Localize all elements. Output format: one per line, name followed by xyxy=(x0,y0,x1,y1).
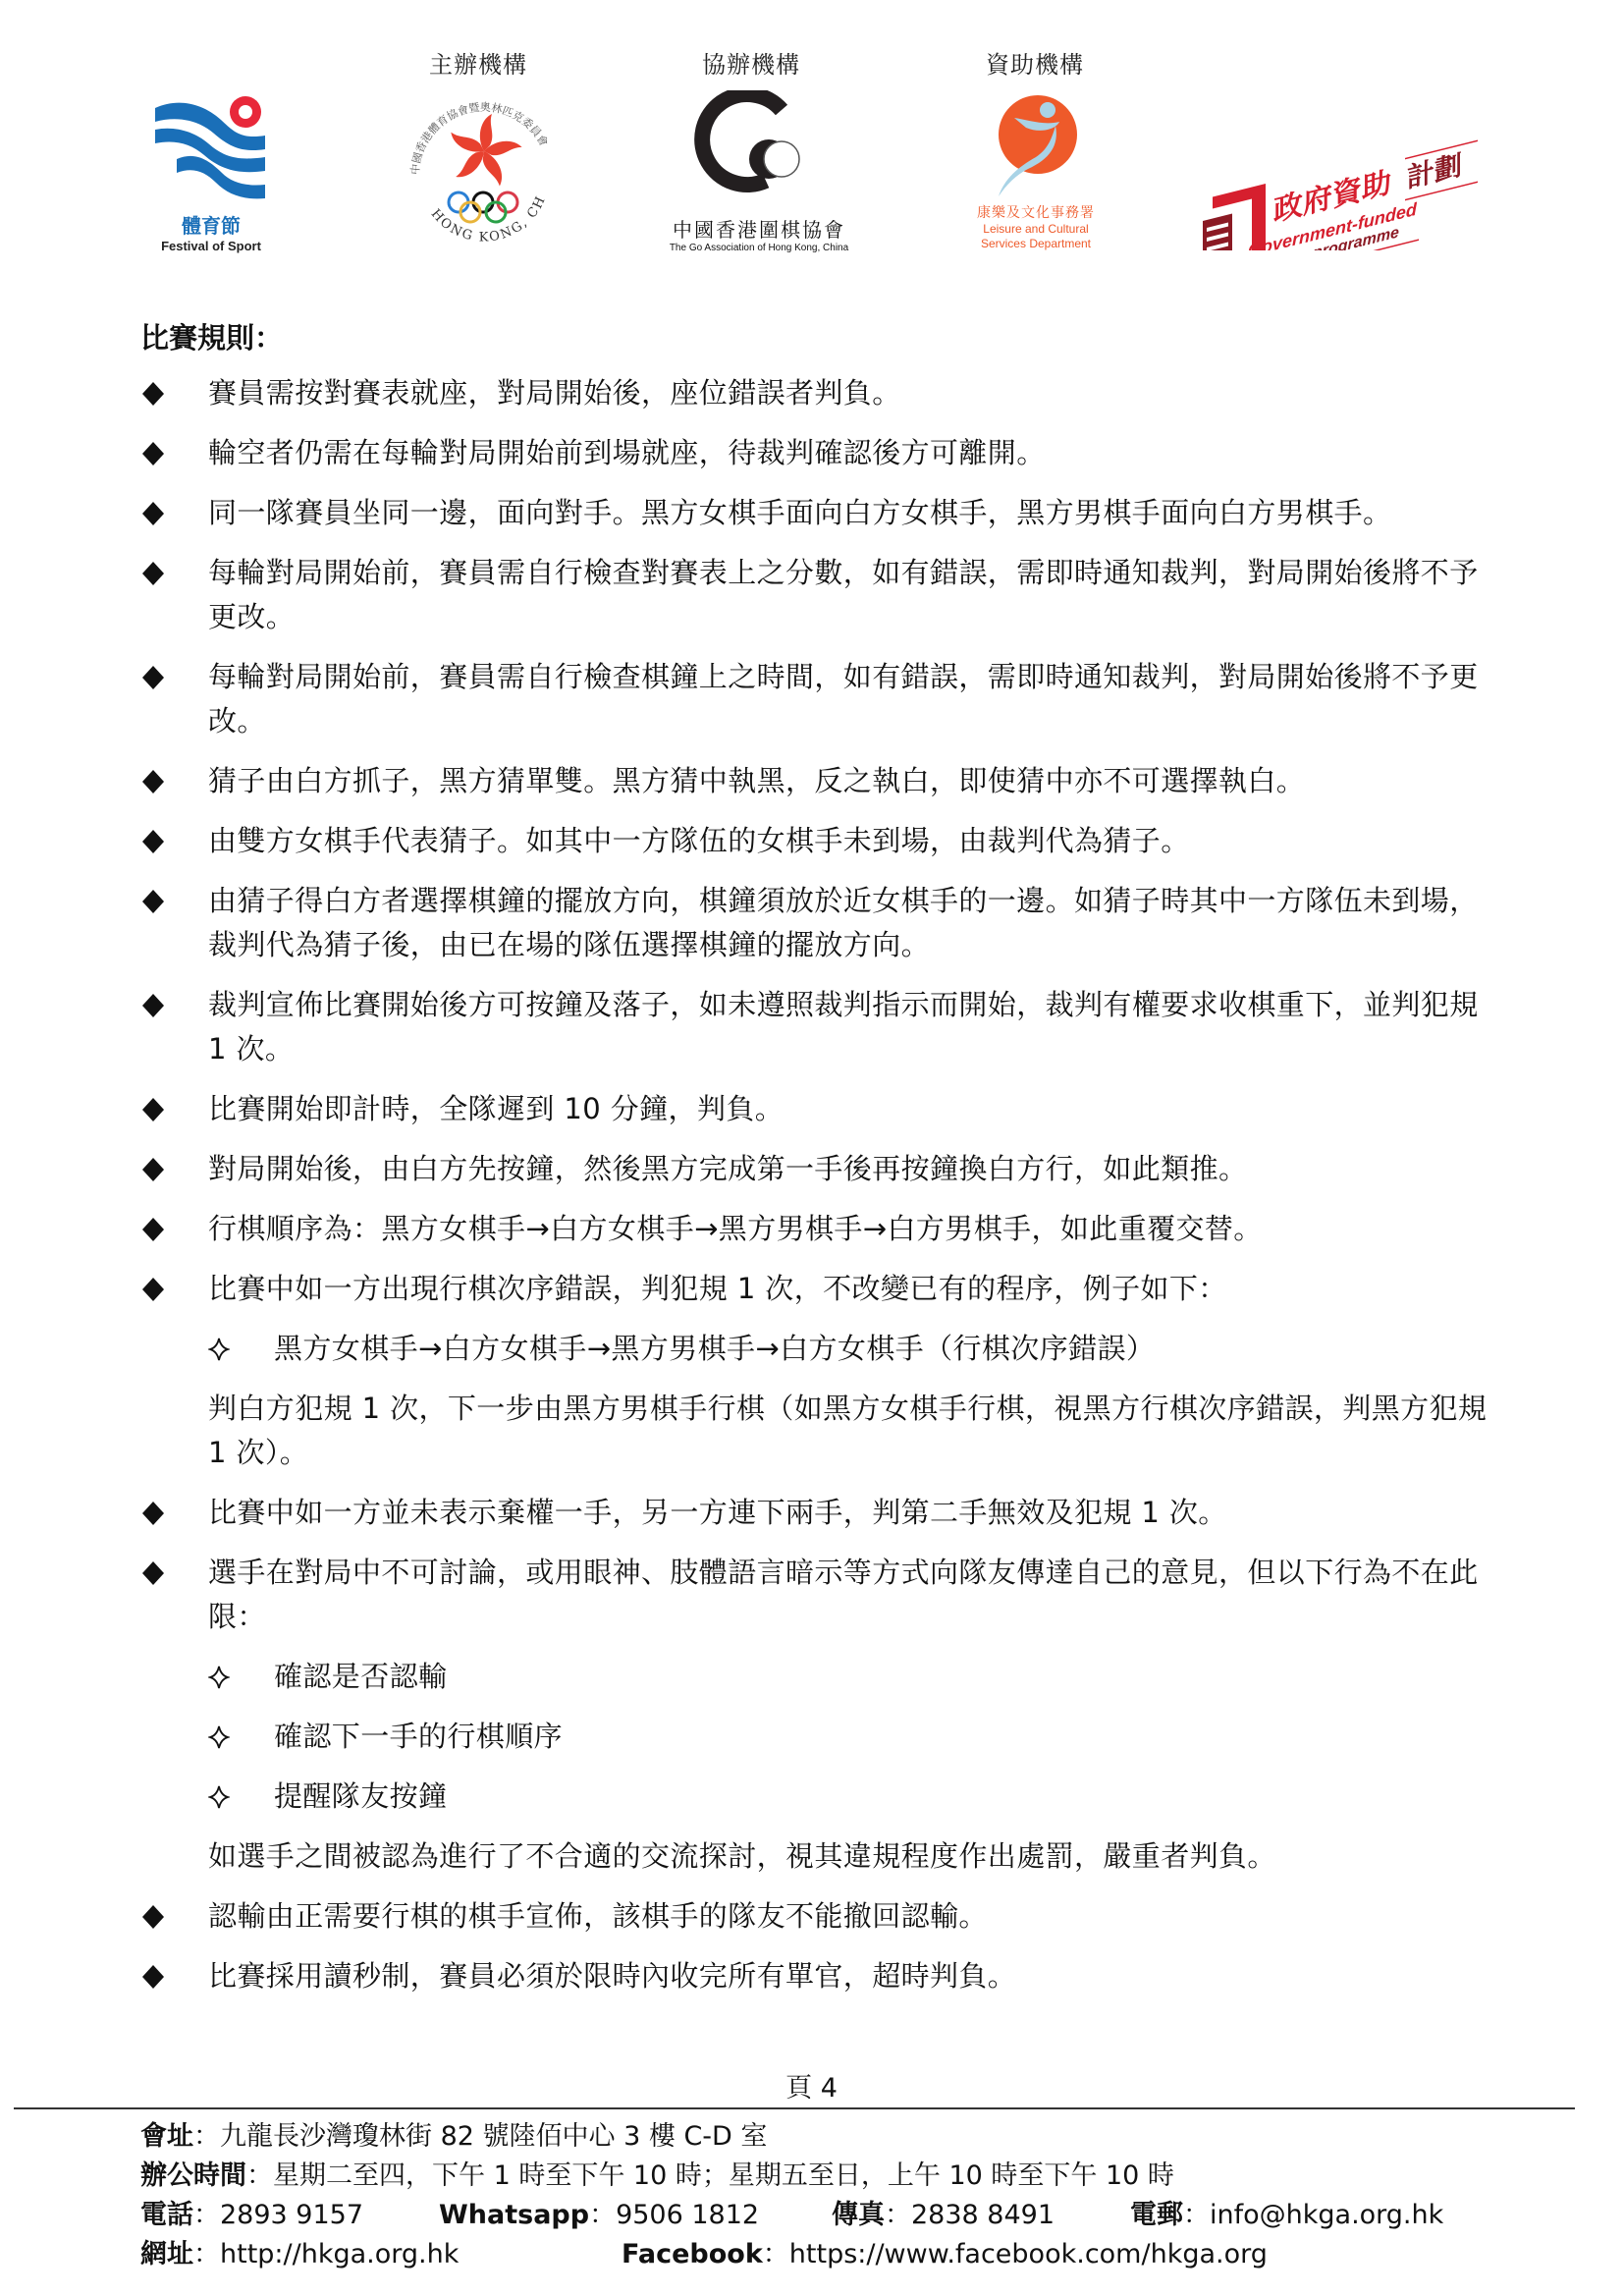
rules-list: 賽員需按對賽表就座，對局開始後，座位錯誤者判負。 輪空者仍需在每輪對局開始前到場… xyxy=(140,371,1495,2014)
diamond-bullet-icon xyxy=(140,819,170,863)
festival-of-sport-logo: 體育節 Festival of Sport xyxy=(147,90,275,247)
rule-sub-text: 確認下一手的行棋順序 xyxy=(274,1720,563,1753)
diamond-bullet-icon xyxy=(140,1954,170,1998)
rule-text: 猜子由白方抓子，黑方猜單雙。黑方猜中執黑，反之執白，即使猜中亦不可選擇執白。 xyxy=(208,764,1305,797)
rule-text: 比賽採用讀秒制，賽員必須於限時內收完所有單官，超時判負。 xyxy=(208,1959,1016,1993)
footer-divider xyxy=(14,2107,1575,2109)
footer-address-line: 會址：九龍長沙灣瓊林街 82 號陸佰中心 3 樓 C-D 室 xyxy=(140,2117,1535,2157)
rule-text: 對局開始後，由白方先按鐘，然後黑方完成第一手後再按鐘換白方行，如此類推。 xyxy=(208,1152,1247,1185)
go-association-en: The Go Association of Hong Kong, China xyxy=(656,243,862,253)
go-association-zh: 中國香港圍棋協會 xyxy=(656,214,862,243)
rule-text: 由猜子得白方者選擇棋鐘的擺放方向，棋鐘須放於近女棋手的一邊。如猜子時其中一方隊伍… xyxy=(208,884,1479,961)
phone-label: 電話 xyxy=(140,2200,193,2230)
rule-text: 每輪對局開始前，賽員需自行檢查棋鐘上之時間，如有錯誤，需即時通知裁判，對局開始後… xyxy=(208,660,1479,738)
rule-item: 猜子由白方抓子，黑方猜單雙。黑方猜中執黑，反之執白，即使猜中亦不可選擇執白。 xyxy=(140,759,1495,803)
fax-value: 2838 8491 xyxy=(911,2200,1055,2230)
lcsd-logo: 康樂及文化事務署 Leisure and Cultural Services D… xyxy=(957,90,1114,252)
diamond-bullet-icon xyxy=(140,551,170,595)
organiser-label: 主辦機構 xyxy=(429,45,527,80)
diamond-bullet-icon xyxy=(140,371,170,415)
rule-text: 比賽中如一方出現行棋次序錯誤，判犯規 1 次，不改變已有的程序，例子如下： xyxy=(208,1272,1227,1305)
rule-sub-text: 確認是否認輸 xyxy=(274,1660,447,1693)
rule-paragraph: 判白方犯規 1 次，下一步由黑方男棋手行棋（如黑方女棋手行棋，視黑方行棋次序錯誤… xyxy=(140,1387,1495,1475)
facebook-label: Facebook xyxy=(622,2239,763,2269)
rule-item: 由雙方女棋手代表猜子。如其中一方隊伍的女棋手未到場，由裁判代為猜子。 xyxy=(140,819,1495,863)
diamond-bullet-icon xyxy=(140,1087,170,1131)
go-stone-g-icon xyxy=(656,90,862,198)
rule-sub-item: 確認下一手的行棋順序 xyxy=(140,1715,1495,1759)
website-link[interactable]: http://hkga.org.hk xyxy=(220,2239,459,2269)
four-point-star-bullet-icon xyxy=(208,1775,230,1819)
website-label: 網址 xyxy=(140,2239,193,2269)
page-number: 頁 4 xyxy=(0,2066,1623,2105)
go-association-logo: 中國香港圍棋協會 The Go Association of Hong Kong… xyxy=(656,90,862,252)
rule-text: 比賽開始即計時，全隊遲到 10 分鐘，判負。 xyxy=(208,1092,784,1125)
hours-label: 辦公時間 xyxy=(140,2160,246,2191)
rule-sub-item: 提醒隊友按鐘 xyxy=(140,1775,1495,1819)
diamond-bullet-icon xyxy=(140,1491,170,1535)
rule-text: 行棋順序為：黑方女棋手→白方女棋手→黑方男棋手→白方男棋手，如此重覆交替。 xyxy=(208,1212,1263,1245)
diamond-bullet-icon xyxy=(140,655,170,699)
fax-label: 傳真 xyxy=(832,2200,885,2230)
rule-item: 每輪對局開始前，賽員需自行檢查棋鐘上之時間，如有錯誤，需即時通知裁判，對局開始後… xyxy=(140,655,1495,743)
rule-item: 比賽採用讀秒制，賽員必須於限時內收完所有單官，超時判負。 xyxy=(140,1954,1495,1998)
whatsapp-label: Whatsapp xyxy=(439,2200,589,2230)
festival-zh-text: 體育節 xyxy=(147,210,275,239)
rule-text: 裁判宣佈比賽開始後方可按鐘及落子，如未遵照裁判指示而開始，裁判有權要求收棋重下，… xyxy=(208,988,1479,1066)
phone-value: 2893 9157 xyxy=(220,2200,363,2230)
rule-text: 由雙方女棋手代表猜子。如其中一方隊伍的女棋手未到場，由裁判代為猜子。 xyxy=(208,824,1190,857)
four-point-star-bullet-icon xyxy=(208,1715,230,1759)
olympic-rings-icon xyxy=(449,192,517,222)
rule-text: 輪空者仍需在每輪對局開始前到場就座，待裁判確認後方可離開。 xyxy=(208,436,1046,469)
rule-item: 由猜子得白方者選擇棋鐘的擺放方向，棋鐘須放於近女棋手的一邊。如猜子時其中一方隊伍… xyxy=(140,879,1495,967)
four-point-star-bullet-icon xyxy=(208,1327,230,1371)
festival-wave-icon xyxy=(147,90,275,208)
footer-web-line: 網址：http://hkga.org.hkFacebook：https://ww… xyxy=(140,2235,1535,2274)
sfoc-logo: 中國香港體育協會暨奧林匹克委員會 HONG KONG, CHINA xyxy=(398,90,569,252)
four-point-star-bullet-icon xyxy=(208,1655,230,1699)
address-value: 九龍長沙灣瓊林街 82 號陸佰中心 3 樓 C-D 室 xyxy=(220,2121,767,2152)
diamond-bullet-icon xyxy=(140,879,170,923)
sponsor-label: 資助機構 xyxy=(986,45,1084,80)
footer-contact: 會址：九龍長沙灣瓊林街 82 號陸佰中心 3 樓 C-D 室 辦公時間：星期二至… xyxy=(140,2117,1535,2274)
rule-item: 行棋順序為：黑方女棋手→白方女棋手→黑方男棋手→白方男棋手，如此重覆交替。 xyxy=(140,1207,1495,1251)
lcsd-en-2: Services Department xyxy=(957,237,1114,251)
diamond-bullet-icon xyxy=(140,491,170,535)
rule-item: 賽員需按對賽表就座，對局開始後，座位錯誤者判負。 xyxy=(140,371,1495,415)
whatsapp-value: 9506 1812 xyxy=(616,2200,759,2230)
diamond-bullet-icon xyxy=(140,759,170,803)
rule-sub-text: 黑方女棋手→白方女棋手→黑方男棋手→白方女棋手（行棋次序錯誤） xyxy=(274,1332,1155,1365)
lcsd-zh: 康樂及文化事務署 xyxy=(957,202,1114,222)
bauhinia-icon xyxy=(448,114,522,187)
festival-en-text: Festival of Sport xyxy=(147,239,275,253)
rule-item: 裁判宣佈比賽開始後方可按鐘及落子，如未遵照裁判指示而開始，裁判有權要求收棋重下，… xyxy=(140,983,1495,1071)
rule-text: 每輪對局開始前，賽員需自行檢查對賽表上之分數，如有錯誤，需即時通知裁判，對局開始… xyxy=(208,556,1479,633)
footer-hours-line: 辦公時間：星期二至四，下午 1 時至下午 10 時；星期五至日，上午 10 時至… xyxy=(140,2157,1535,2196)
rule-item: 每輪對局開始前，賽員需自行檢查對賽表上之分數，如有錯誤，需即時通知裁判，對局開始… xyxy=(140,551,1495,639)
rule-item: 同一隊賽員坐同一邊，面向對手。黑方女棋手面向白方女棋手，黑方男棋手面向白方男棋手… xyxy=(140,491,1495,535)
rule-item: 比賽中如一方出現行棋次序錯誤，判犯規 1 次，不改變已有的程序，例子如下： xyxy=(140,1267,1495,1311)
diamond-bullet-icon xyxy=(140,431,170,475)
diamond-bullet-icon xyxy=(140,1147,170,1191)
address-label: 會址 xyxy=(140,2121,193,2152)
email-label: 電郵 xyxy=(1130,2200,1183,2230)
rule-item: 輪空者仍需在每輪對局開始前到場就座，待裁判確認後方可離開。 xyxy=(140,431,1495,475)
rule-item: 認輸由正需要行棋的棋手宣佈，該棋手的隊友不能撤回認輸。 xyxy=(140,1894,1495,1939)
rule-text: 同一隊賽員坐同一邊，面向對手。黑方女棋手面向白方女棋手，黑方男棋手面向白方男棋手… xyxy=(208,496,1391,529)
rule-item: 比賽中如一方並未表示棄權一手，另一方連下兩手，判第二手無效及犯規 1 次。 xyxy=(140,1491,1495,1535)
diamond-bullet-icon xyxy=(140,1207,170,1251)
rule-item: 比賽開始即計時，全隊遲到 10 分鐘，判負。 xyxy=(140,1087,1495,1131)
rule-text: 選手在對局中不可討論，或用眼神、肢體語言暗示等方式向隊友傳達自己的意見，但以下行… xyxy=(208,1556,1479,1633)
rule-sub-text: 提醒隊友按鐘 xyxy=(274,1779,447,1813)
lcsd-runner-icon xyxy=(957,90,1114,198)
rule-sub-item: 確認是否認輸 xyxy=(140,1655,1495,1699)
diamond-bullet-icon xyxy=(140,1267,170,1311)
diamond-bullet-icon xyxy=(140,1894,170,1939)
gov-funded-logo: 政府資助 計劃 Government-funded programme xyxy=(1183,98,1507,250)
rule-text: 賽員需按對賽表就座，對局開始後，座位錯誤者判負。 xyxy=(208,376,901,410)
footer-contacts-line: 電話：2893 9157Whatsapp：9506 1812傳真：2838 84… xyxy=(140,2196,1535,2235)
rule-text: 比賽中如一方並未表示棄權一手，另一方連下兩手，判第二手無效及犯規 1 次。 xyxy=(208,1496,1227,1529)
rule-paragraph: 如選手之間被認為進行了不合適的交流探討，視其違規程度作出處罰，嚴重者判負。 xyxy=(140,1834,1495,1879)
hours-value: 星期二至四，下午 1 時至下午 10 時；星期五至日，上午 10 時至下午 10… xyxy=(273,2160,1174,2191)
rule-text: 認輸由正需要行棋的棋手宣佈，該棋手的隊友不能撤回認輸。 xyxy=(208,1899,988,1933)
rule-item: 對局開始後，由白方先按鐘，然後黑方完成第一手後再按鐘換白方行，如此類推。 xyxy=(140,1147,1495,1191)
email-link[interactable]: info@hkga.org.hk xyxy=(1210,2200,1443,2230)
diamond-bullet-icon xyxy=(140,1551,170,1595)
section-heading: 比賽規則： xyxy=(140,316,283,356)
rule-sub-item: 黑方女棋手→白方女棋手→黑方男棋手→白方女棋手（行棋次序錯誤） xyxy=(140,1327,1495,1371)
co-organiser-label: 協辦機構 xyxy=(702,45,800,80)
facebook-link[interactable]: https://www.facebook.com/hkga.org xyxy=(789,2239,1268,2269)
rule-item: 選手在對局中不可討論，或用眼神、肢體語言暗示等方式向隊友傳達自己的意見，但以下行… xyxy=(140,1551,1495,1639)
lcsd-en-1: Leisure and Cultural xyxy=(957,222,1114,237)
diamond-bullet-icon xyxy=(140,983,170,1027)
